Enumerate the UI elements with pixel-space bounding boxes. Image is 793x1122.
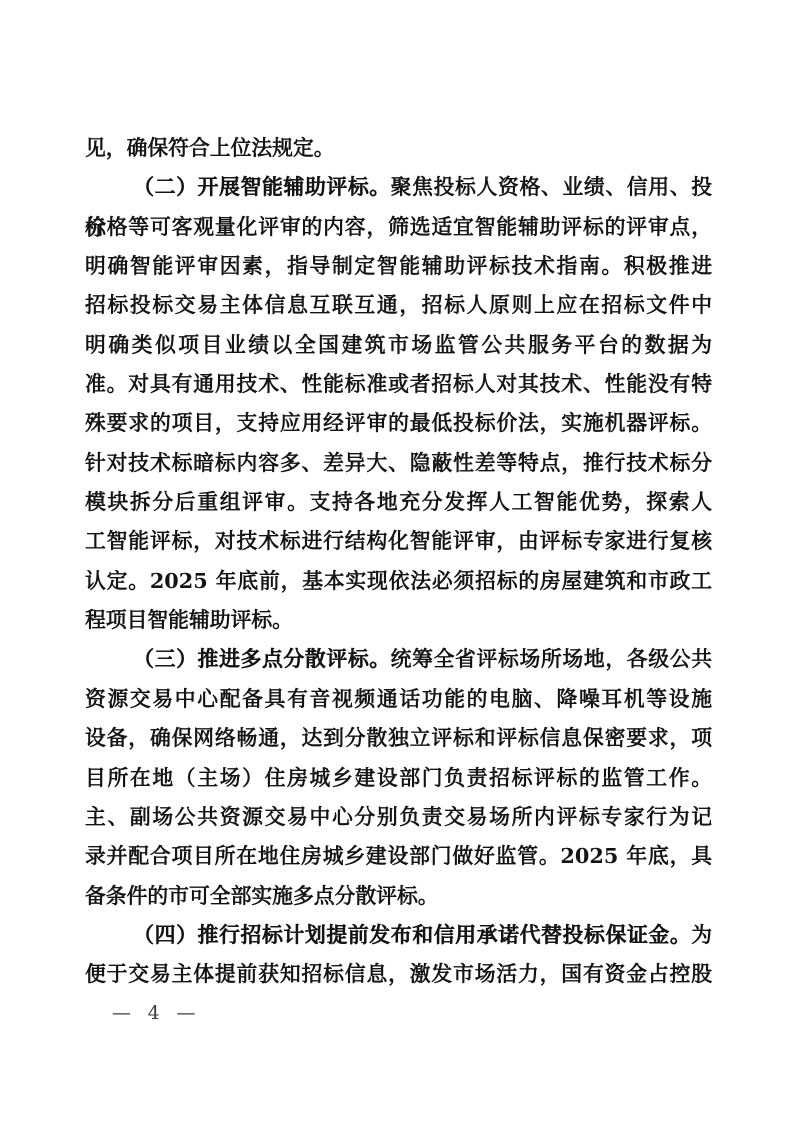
body-text: 录并配合项目所在地住房城乡建设部门做好监管。2025 年底，具: [85, 843, 712, 868]
section-heading: （三）推进多点分散评标。: [133, 646, 391, 671]
text-line: 工智能评标，对技术标进行结构化智能评审，由评标专家进行复核: [85, 521, 712, 560]
text-line: 明确类似项目业绩以全国建筑市场监管公共服务平台的数据为: [85, 325, 712, 364]
document-body: 见，确保符合上位法规定。（二）开展智能辅助评标。聚焦投标人资格、业绩、信用、投标…: [85, 128, 712, 994]
section-heading: （二）开展智能辅助评标。: [133, 174, 391, 199]
page-number: — 4 —: [112, 1002, 201, 1024]
text-line: 资源交易中心配备具有音视频通话功能的电脑、降噪耳机等设施: [85, 679, 712, 718]
text-line: 录并配合项目所在地住房城乡建设部门做好监管。2025 年底，具: [85, 836, 712, 875]
body-text: 工智能评标，对技术标进行结构化智能评审，由评标专家进行复核: [85, 528, 712, 553]
body-text: 备条件的市可全部实施多点分散评标。: [85, 883, 439, 908]
section-heading: （四）推行招标计划提前发布和信用承诺代替投标保证金。: [133, 922, 691, 947]
body-text: 招标投标交易主体信息互联互通，招标人原则上应在招标文件中: [85, 292, 712, 317]
body-text: 明确智能评审因素，指导制定智能辅助评标技术指南。积极推进: [85, 253, 712, 278]
body-text: 设备，确保网络畅通，达到分散独立评标和评标信息保密要求，项: [85, 725, 712, 750]
body-text: 准。对具有通用技术、性能标准或者招标人对其技术、性能没有特: [85, 371, 712, 396]
body-text: 明确类似项目业绩以全国建筑市场监管公共服务平台的数据为: [85, 332, 712, 357]
text-line: 价格等可客观量化评审的内容，筛选适宜智能辅助评标的评审点，: [85, 207, 712, 246]
text-line: 殊要求的项目，支持应用经评审的最低投标价法，实施机器评标。: [85, 403, 712, 442]
text-line: 目所在地（主场）住房城乡建设部门负责招标评标的监管工作。: [85, 758, 712, 797]
text-line: 程项目智能辅助评标。: [85, 600, 712, 639]
text-line: 设备，确保网络畅通，达到分散独立评标和评标信息保密要求，项: [85, 718, 712, 757]
body-text: 目所在地（主场）住房城乡建设部门负责招标评标的监管工作。: [85, 765, 712, 790]
body-text: 认定。2025 年底前，基本实现依法必须招标的房屋建筑和市政工: [85, 568, 712, 593]
body-text: 主、副场公共资源交易中心分别负责交易场所内评标专家行为记: [85, 804, 712, 829]
body-text: 殊要求的项目，支持应用经评审的最低投标价法，实施机器评标。: [85, 410, 712, 435]
body-text: 模块拆分后重组评审。支持各地充分发挥人工智能优势，探索人: [85, 489, 712, 514]
body-text: 统筹全省评标场所场地，各级公共: [391, 646, 712, 671]
text-line: （二）开展智能辅助评标。聚焦投标人资格、业绩、信用、投标: [85, 167, 712, 206]
text-line: 主、副场公共资源交易中心分别负责交易场所内评标专家行为记: [85, 797, 712, 836]
text-line: 招标投标交易主体信息互联互通，招标人原则上应在招标文件中: [85, 285, 712, 324]
body-text: 资源交易中心配备具有音视频通话功能的电脑、降噪耳机等设施: [85, 686, 712, 711]
text-line: 针对技术标暗标内容多、差异大、隐蔽性差等特点，推行技术标分: [85, 443, 712, 482]
text-line: （三）推进多点分散评标。统筹全省评标场所场地，各级公共: [85, 639, 712, 678]
body-text: 程项目智能辅助评标。: [85, 607, 293, 632]
document-page: 见，确保符合上位法规定。（二）开展智能辅助评标。聚焦投标人资格、业绩、信用、投标…: [0, 0, 793, 1122]
body-text: 价格等可客观量化评审的内容，筛选适宜智能辅助评标的评审点，: [85, 214, 712, 239]
body-text: 便于交易主体提前获知招标信息，激发市场活力，国有资金占控股: [85, 961, 712, 986]
text-line: （四）推行招标计划提前发布和信用承诺代替投标保证金。为: [85, 915, 712, 954]
text-line: 便于交易主体提前获知招标信息，激发市场活力，国有资金占控股: [85, 954, 712, 993]
text-line: 备条件的市可全部实施多点分散评标。: [85, 876, 712, 915]
body-text: 针对技术标暗标内容多、差异大、隐蔽性差等特点，推行技术标分: [85, 450, 712, 475]
text-line: 准。对具有通用技术、性能标准或者招标人对其技术、性能没有特: [85, 364, 712, 403]
text-line: 见，确保符合上位法规定。: [85, 128, 712, 167]
text-line: 认定。2025 年底前，基本实现依法必须招标的房屋建筑和市政工: [85, 561, 712, 600]
body-text: 为: [691, 922, 712, 947]
text-line: 模块拆分后重组评审。支持各地充分发挥人工智能优势，探索人: [85, 482, 712, 521]
text-line: 明确智能评审因素，指导制定智能辅助评标技术指南。积极推进: [85, 246, 712, 285]
body-text: 见，确保符合上位法规定。: [85, 135, 335, 160]
